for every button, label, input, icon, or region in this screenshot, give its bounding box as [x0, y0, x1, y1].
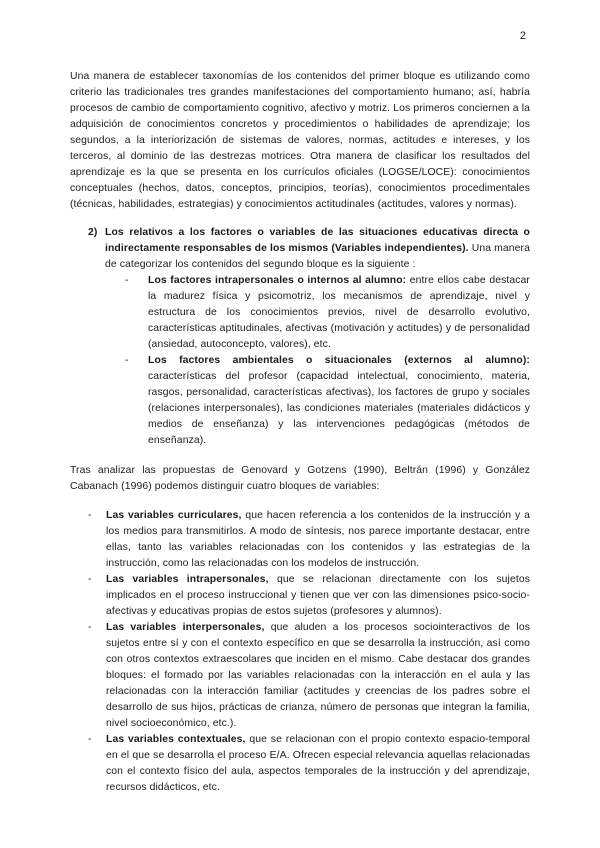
- sub-bullet-intrapersonales-text: Los factores intrapersonales o internos …: [148, 273, 530, 353]
- sub-bullet-intrapersonales-normal: entre ellos cabe destacar la madurez fís…: [148, 275, 530, 350]
- sub-bullet-ambientales-normal: características del profesor (capacidad …: [148, 371, 530, 446]
- sub-bullet-ambientales-bold: Los factores ambientales o situacionales…: [148, 355, 530, 366]
- bullet-variables-curriculares-bold: Las variables curriculares,: [106, 510, 242, 521]
- bullet-variables-curriculares-marker: -: [88, 508, 106, 572]
- paragraph-tras-analizar: Tras analizar las propuestas de Genovard…: [70, 463, 530, 495]
- bullet-variables-intrapersonales-marker: -: [88, 572, 106, 620]
- numbered-item-2: 2) Los relativos a los factores o variab…: [88, 225, 530, 273]
- bullet-variables-curriculares-text: Las variables curriculares, que hacen re…: [106, 508, 530, 572]
- document-page: 2 Una manera de establecer taxonomías de…: [0, 0, 600, 848]
- bullet-variables-interpersonales-text: Las variables interpersonales, que alude…: [106, 620, 530, 732]
- sub-bullet-intrapersonales-marker: -: [125, 273, 148, 353]
- paragraph-taxonomias: Una manera de establecer taxonomías de l…: [70, 69, 530, 213]
- bullet-variables-interpersonales: - Las variables interpersonales, que alu…: [88, 620, 530, 732]
- page-number: 2: [520, 30, 526, 42]
- bullet-variables-interpersonales-marker: -: [88, 620, 106, 732]
- numbered-item-2-marker: 2): [88, 225, 105, 273]
- numbered-item-2-bold: Los relativos a los factores o variables…: [105, 227, 530, 254]
- bullet-variables-intrapersonales: - Las variables intrapersonales, que se …: [88, 572, 530, 620]
- sub-bullet-ambientales: - Los factores ambientales o situacional…: [125, 353, 530, 449]
- bullet-variables-contextuales-bold: Las variables contextuales,: [106, 734, 246, 745]
- bullet-variables-contextuales-text: Las variables contextuales, que se relac…: [106, 732, 530, 796]
- bullet-variables-contextuales-marker: -: [88, 732, 106, 796]
- bullet-variables-interpersonales-normal: que aluden a los procesos sociointeracti…: [106, 622, 530, 729]
- numbered-item-2-text: Los relativos a los factores o variables…: [105, 225, 530, 273]
- document-body: Una manera de establecer taxonomías de l…: [70, 69, 530, 796]
- bullet-variables-interpersonales-bold: Las variables interpersonales,: [106, 622, 264, 633]
- sub-bullet-ambientales-text: Los factores ambientales o situacionales…: [148, 353, 530, 449]
- bullet-variables-intrapersonales-bold: Las variables intrapersonales,: [106, 574, 269, 585]
- sub-bullet-ambientales-marker: -: [125, 353, 148, 449]
- sub-bullet-intrapersonales: - Los factores intrapersonales o interno…: [125, 273, 530, 353]
- bullet-variables-intrapersonales-text: Las variables intrapersonales, que se re…: [106, 572, 530, 620]
- sub-bullet-intrapersonales-bold: Los factores intrapersonales o internos …: [148, 275, 406, 286]
- bullet-variables-contextuales: - Las variables contextuales, que se rel…: [88, 732, 530, 796]
- bullet-variables-curriculares: - Las variables curriculares, que hacen …: [88, 508, 530, 572]
